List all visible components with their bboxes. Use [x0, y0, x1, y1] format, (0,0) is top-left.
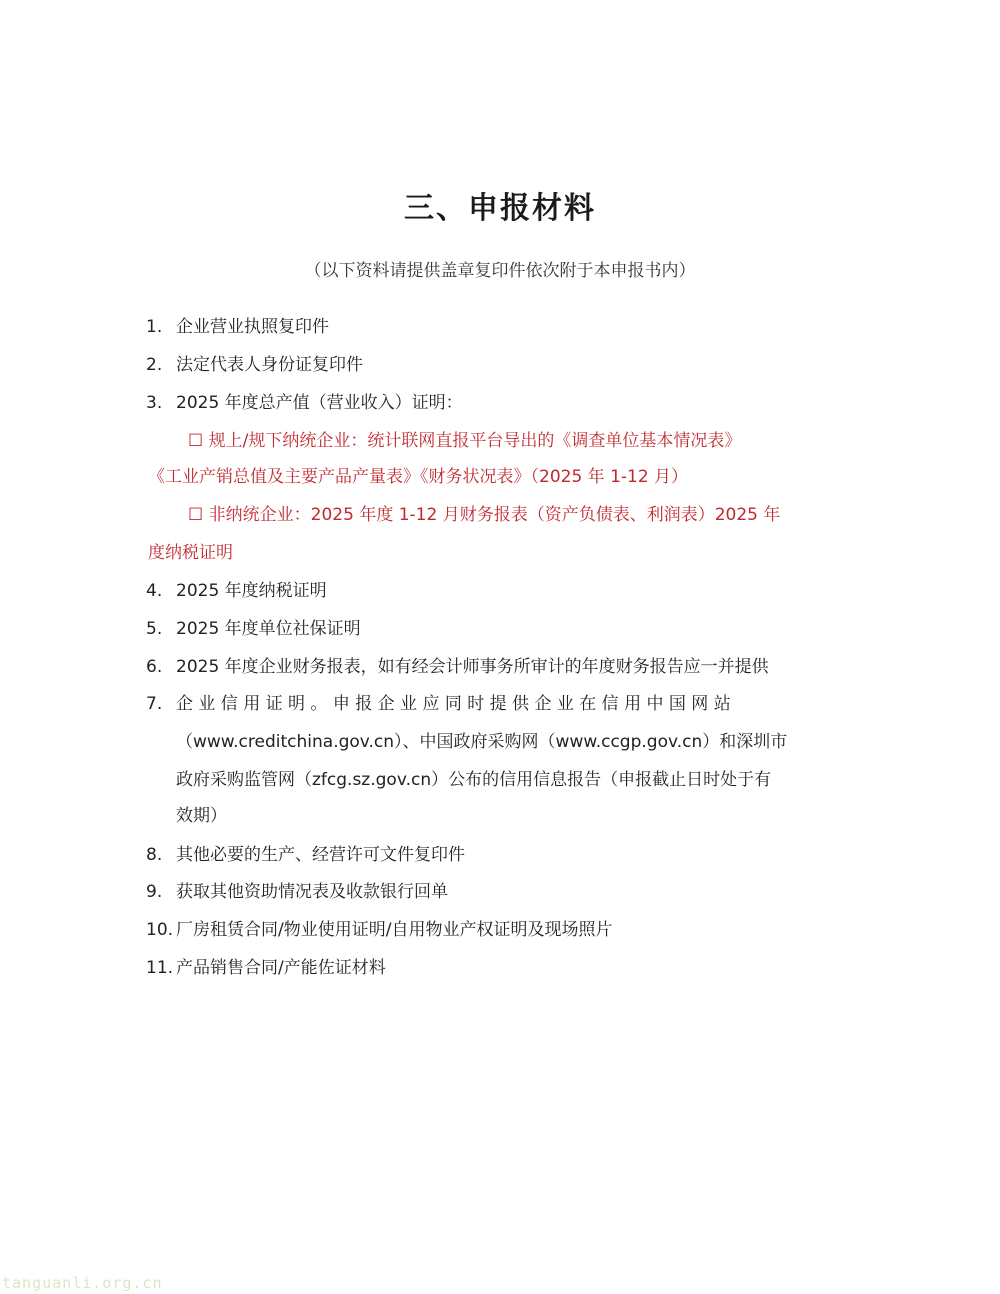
watermark: tanguanli.org.cn	[2, 1274, 163, 1292]
item-number: 7.	[146, 694, 176, 714]
list-item-1: 1.企业营业执照复印件	[146, 312, 329, 337]
option-text-line: 度纳税证明	[148, 538, 233, 563]
item-text: 法定代表人身份证复印件	[176, 355, 363, 375]
option-text-line: 《工业产销总值及主要产品产量表》《财务状况表》（2025 年 1-12 月）	[148, 462, 688, 487]
item-number: 2.	[146, 355, 176, 375]
list-item-2: 2.法定代表人身份证复印件	[146, 350, 363, 375]
list-item-11: 11.产品销售合同/产能佐证材料	[146, 953, 386, 978]
checkbox-icon[interactable]: ☐	[188, 431, 203, 451]
item-text: 获取其他资助情况表及收款银行回单	[176, 882, 448, 902]
item-number: 1.	[146, 317, 176, 337]
list-item-8: 8.其他必要的生产、经营许可文件复印件	[146, 840, 465, 865]
item-text: 2025 年度纳税证明	[176, 581, 327, 601]
list-item-3: 3.2025 年度总产值（营业收入）证明：	[146, 388, 463, 413]
item-text-line: 效期）	[176, 801, 227, 826]
item-number: 3.	[146, 393, 176, 413]
item-number: 8.	[146, 845, 176, 865]
item-text-line: （www.creditchina.gov.cn）、中国政府采购网（www.ccg…	[176, 727, 787, 752]
item-number: 9.	[146, 882, 176, 902]
item-number: 5.	[146, 619, 176, 639]
list-item-5: 5.2025 年度单位社保证明	[146, 614, 361, 639]
list-item-6: 6.2025 年度企业财务报表，如有经会计师事务所审计的年度财务报告应一并提供	[146, 652, 769, 677]
item-text: 其他必要的生产、经营许可文件复印件	[176, 845, 465, 865]
item-text: 2025 年度企业财务报表，如有经会计师事务所审计的年度财务报告应一并提供	[176, 657, 769, 677]
list-item-4: 4.2025 年度纳税证明	[146, 576, 327, 601]
item-text: 产品销售合同/产能佐证材料	[176, 958, 386, 978]
page-subtitle: （以下资料请提供盖章复印件依次附于本申报书内）	[0, 256, 1000, 281]
item-text-line: 企 业 信 用 证 明 。 申 报 企 业 应 同 时 提 供 企 业 在 信 …	[176, 694, 731, 714]
item-number: 4.	[146, 581, 176, 601]
list-item-10: 10.厂房租赁合同/物业使用证明/自用物业产权证明及现场照片	[146, 915, 612, 940]
list-item-9: 9.获取其他资助情况表及收款银行回单	[146, 877, 448, 902]
item-text-line: 政府采购监管网（zfcg.sz.gov.cn）公布的信用信息报告（申报截止日时处…	[176, 765, 771, 790]
item-text: 企业营业执照复印件	[176, 317, 329, 337]
item-number: 6.	[146, 657, 176, 677]
option-text-line: 非纳统企业：2025 年度 1-12 月财务报表（资产负债表、利润表）2025 …	[209, 505, 781, 525]
checkbox-icon[interactable]: ☐	[188, 505, 203, 525]
page-title: 三、申报材料	[0, 183, 1000, 227]
item-number: 10.	[146, 920, 176, 940]
item-text: 2025 年度单位社保证明	[176, 619, 361, 639]
item-text: 厂房租赁合同/物业使用证明/自用物业产权证明及现场照片	[176, 920, 612, 940]
option-text-line: 规上/规下纳统企业：统计联网直报平台导出的《调查单位基本情况表》	[209, 431, 742, 451]
item-number: 11.	[146, 958, 176, 978]
item-text: 2025 年度总产值（营业收入）证明：	[176, 393, 463, 413]
